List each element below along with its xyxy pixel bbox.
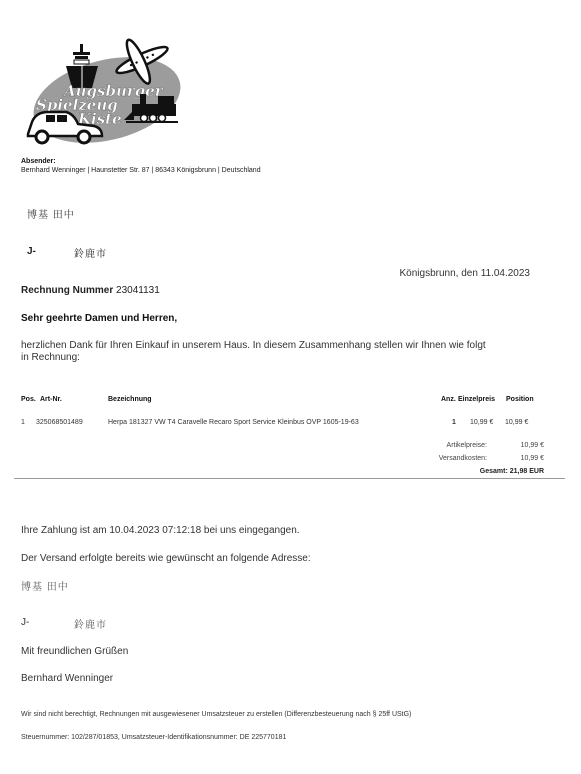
shipping-notice: Der Versand erfolgte bereits wie gewünsc… <box>21 553 311 564</box>
row-quantity: 1 <box>452 419 456 426</box>
shipping-cost-label: Versandkosten: <box>439 455 487 462</box>
row-description: Herpa 181327 VW T4 Caravelle Recaro Spor… <box>108 419 359 426</box>
shipping-cost: Versandkosten: 10,99 € <box>344 455 544 465</box>
toy-logo-icon: Augsburger Spielzeug Kiste <box>22 30 182 148</box>
header-pos: Pos. <box>21 396 36 403</box>
tax-ids: Steuernummer: 102/287/01853, Umsatzsteue… <box>21 734 286 741</box>
invoice-date: Königsbrunn, den 11.04.2023 <box>400 268 530 279</box>
header-art-nr: Art-Nr. <box>40 396 62 403</box>
signature: Bernhard Wenninger <box>21 673 113 684</box>
recipient-name: 博基 田中 <box>27 206 75 221</box>
shipping-city: 鈴鹿市 <box>74 616 107 631</box>
shipping-country-prefix: J- <box>21 617 29 628</box>
recipient-country-prefix: J- <box>27 246 36 257</box>
header-description: Bezeichnung <box>108 396 152 403</box>
row-position-total: 10,99 € <box>505 419 528 426</box>
table-row: 1 325068501489 Herpa 181327 VW T4 Carave… <box>21 419 544 431</box>
items-subtotal-label: Artikelpreise: <box>447 442 487 449</box>
row-unit-price: 10,99 € <box>470 419 493 426</box>
divider <box>14 478 565 479</box>
company-logo: Augsburger Spielzeug Kiste <box>22 30 182 148</box>
items-subtotal-value: 10,99 € <box>521 442 544 449</box>
shipping-name: 博基 田中 <box>21 578 69 593</box>
tax-note: Wir sind nicht berechtigt, Rechnungen mi… <box>21 711 411 718</box>
row-pos: 1 <box>21 419 25 426</box>
header-unit-price: Einzelpreis <box>458 396 495 403</box>
header-position-total: Position <box>506 396 534 403</box>
closing: Mit freundlichen Grüßen <box>21 646 128 657</box>
recipient-city: 鈴鹿市 <box>74 245 107 260</box>
invoice-number-label: Rechnung Nummer <box>21 285 113 296</box>
header-quantity: Anz. <box>441 396 456 403</box>
items-subtotal: Artikelpreise: 10,99 € <box>344 442 544 452</box>
shipping-cost-value: 10,99 € <box>521 455 544 462</box>
invoice-number: Rechnung Nummer 23041131 <box>21 285 160 296</box>
sender-address: Bernhard Wenninger | Haunstetter Str. 87… <box>21 167 261 174</box>
salutation: Sehr geehrte Damen und Herren, <box>21 313 177 324</box>
items-table-header: Pos. Art-Nr. Bezeichnung Anz. Einzelprei… <box>21 396 544 408</box>
sender-label: Absender: <box>21 158 56 165</box>
invoice-number-value: 23041131 <box>116 285 160 296</box>
row-art-nr: 325068501489 <box>36 419 83 426</box>
intro-text: herzlichen Dank für Ihren Einkauf in uns… <box>21 340 491 364</box>
payment-confirmation: Ihre Zahlung ist am 10.04.2023 07:12:18 … <box>21 525 300 536</box>
grand-total: Gesamt: 21,98 EUR <box>480 468 544 475</box>
